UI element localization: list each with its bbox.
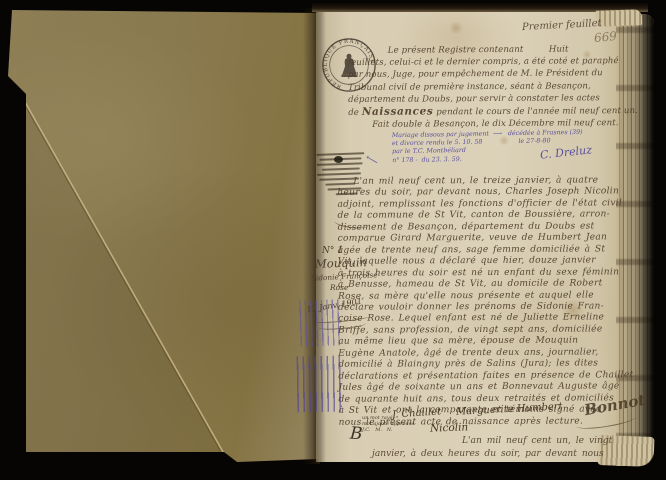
- registre-certification-paragraph: Le présent Registre contenant Huit feuil…: [348, 43, 637, 131]
- acte-de-naissance-text: L'an mil neuf cent un, le treize janvier…: [337, 175, 640, 429]
- renvoi-note: un mot rayé mot ajouté approuvé J.C. M. …: [362, 415, 414, 433]
- registre-line-post: pendant le cours de l'année mil neuf cen…: [433, 106, 638, 117]
- next-act-line: janvier, à deux heures du soir, par deva…: [372, 448, 640, 461]
- acte-line: à Benusse, hameau de St Vit, au domicile…: [338, 278, 640, 291]
- registre-line-pre: de: [348, 108, 362, 118]
- violet-mention-stamp: [299, 299, 343, 346]
- register-photo-scene: RÉPUBLIQUE FRANÇAISE Premier feuillet 66…: [0, 0, 666, 480]
- fold-shade: [8, 8, 318, 464]
- left-kraft-cover: [8, 8, 318, 464]
- paper-stain: [448, 22, 464, 34]
- violet-mention-stamp: [297, 356, 342, 413]
- margin-letter-b: B: [349, 424, 363, 445]
- next-act-opening: L'an mil neuf cent un, le vingt janvier,…: [372, 435, 640, 461]
- registre-line: par nous, Juge, pour empêchement de M. l…: [348, 67, 636, 81]
- next-act-line: L'an mil neuf cent un, le vingt: [372, 435, 640, 448]
- renvoi-line: J.C. M. N.: [362, 427, 414, 433]
- violet-annotations: Mariage dissous par jugement ⟶ décédée à…: [392, 128, 643, 165]
- ink-blot: [334, 156, 343, 163]
- signature-nicolin: Nicolin: [430, 421, 469, 434]
- naissances-word: Naissances: [362, 105, 434, 117]
- page-curl-top: [596, 9, 643, 27]
